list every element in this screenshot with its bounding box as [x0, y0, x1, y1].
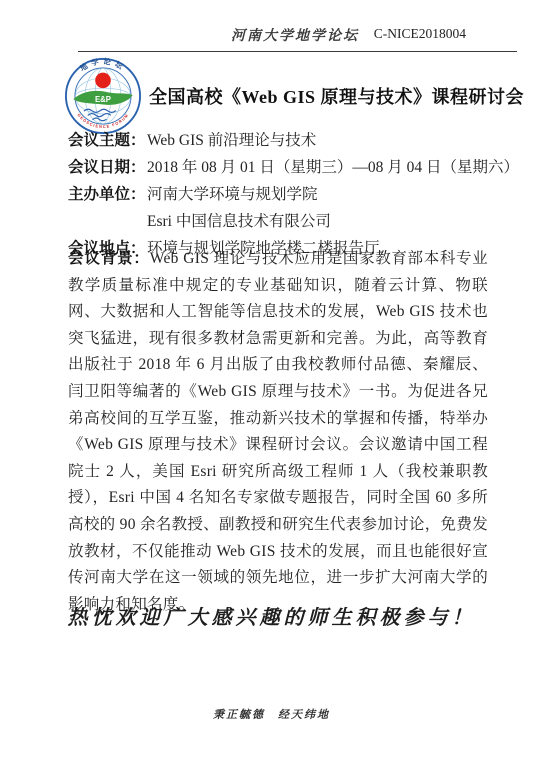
header-rule — [78, 51, 517, 52]
page-title: 全国高校《Web GIS 原理与技术》课程研讨会 — [149, 83, 524, 109]
background-text: Web GIS 理论与技术应用是国家教育部本科专业教学质量标准中规定的专业基础知… — [68, 250, 488, 613]
title-row: E&P 地学论坛 GEOSCIENCE FORUM 全国高校《Web GIS 原… — [64, 57, 513, 135]
closing-welcome-line: 热忱欢迎广大感兴趣的师生积极参与！ — [0, 601, 543, 630]
info-section: 会议主题： Web GIS 前沿理论与技术 会议日期： 2018 年 08 月 … — [68, 127, 489, 262]
info-row-date: 会议日期： 2018 年 08 月 01 日（星期三）—08 月 04 日（星期… — [68, 154, 489, 181]
background-label: 会议背景： — [68, 250, 150, 267]
forum-title: 河南大学地学论坛 — [231, 25, 359, 45]
organizer-line-1: 河南大学环境与规划学院 — [147, 181, 489, 208]
info-row-organizer: 主办单位： 河南大学环境与规划学院 Esri 中国信息技术有限公司 — [68, 181, 489, 235]
organizer-line-2: Esri 中国信息技术有限公司 — [147, 208, 489, 235]
sun-icon — [95, 73, 111, 89]
footer-motto: 秉正毓德 经天纬地 — [0, 706, 543, 722]
document-page: 河南大学地学论坛 C-NICE2018004 E&P — [0, 0, 543, 768]
info-value-topic: Web GIS 前沿理论与技术 — [147, 127, 489, 154]
info-row-topic: 会议主题： Web GIS 前沿理论与技术 — [68, 127, 489, 154]
info-label-organizer: 主办单位： — [68, 181, 147, 235]
info-label-date: 会议日期： — [68, 154, 147, 181]
eandp-label: E&P — [95, 95, 111, 104]
background-paragraph: 会议背景：Web GIS 理论与技术应用是国家教育部本科专业教学质量标准中规定的… — [68, 246, 488, 618]
info-label-topic: 会议主题： — [68, 127, 147, 154]
geoscience-forum-logo: E&P 地学论坛 GEOSCIENCE FORUM — [64, 57, 142, 135]
info-value-organizer: 河南大学环境与规划学院 Esri 中国信息技术有限公司 — [147, 181, 489, 235]
info-value-date: 2018 年 08 月 01 日（星期三）—08 月 04 日（星期六） — [147, 154, 519, 181]
doc-number: C-NICE2018004 — [374, 26, 466, 42]
